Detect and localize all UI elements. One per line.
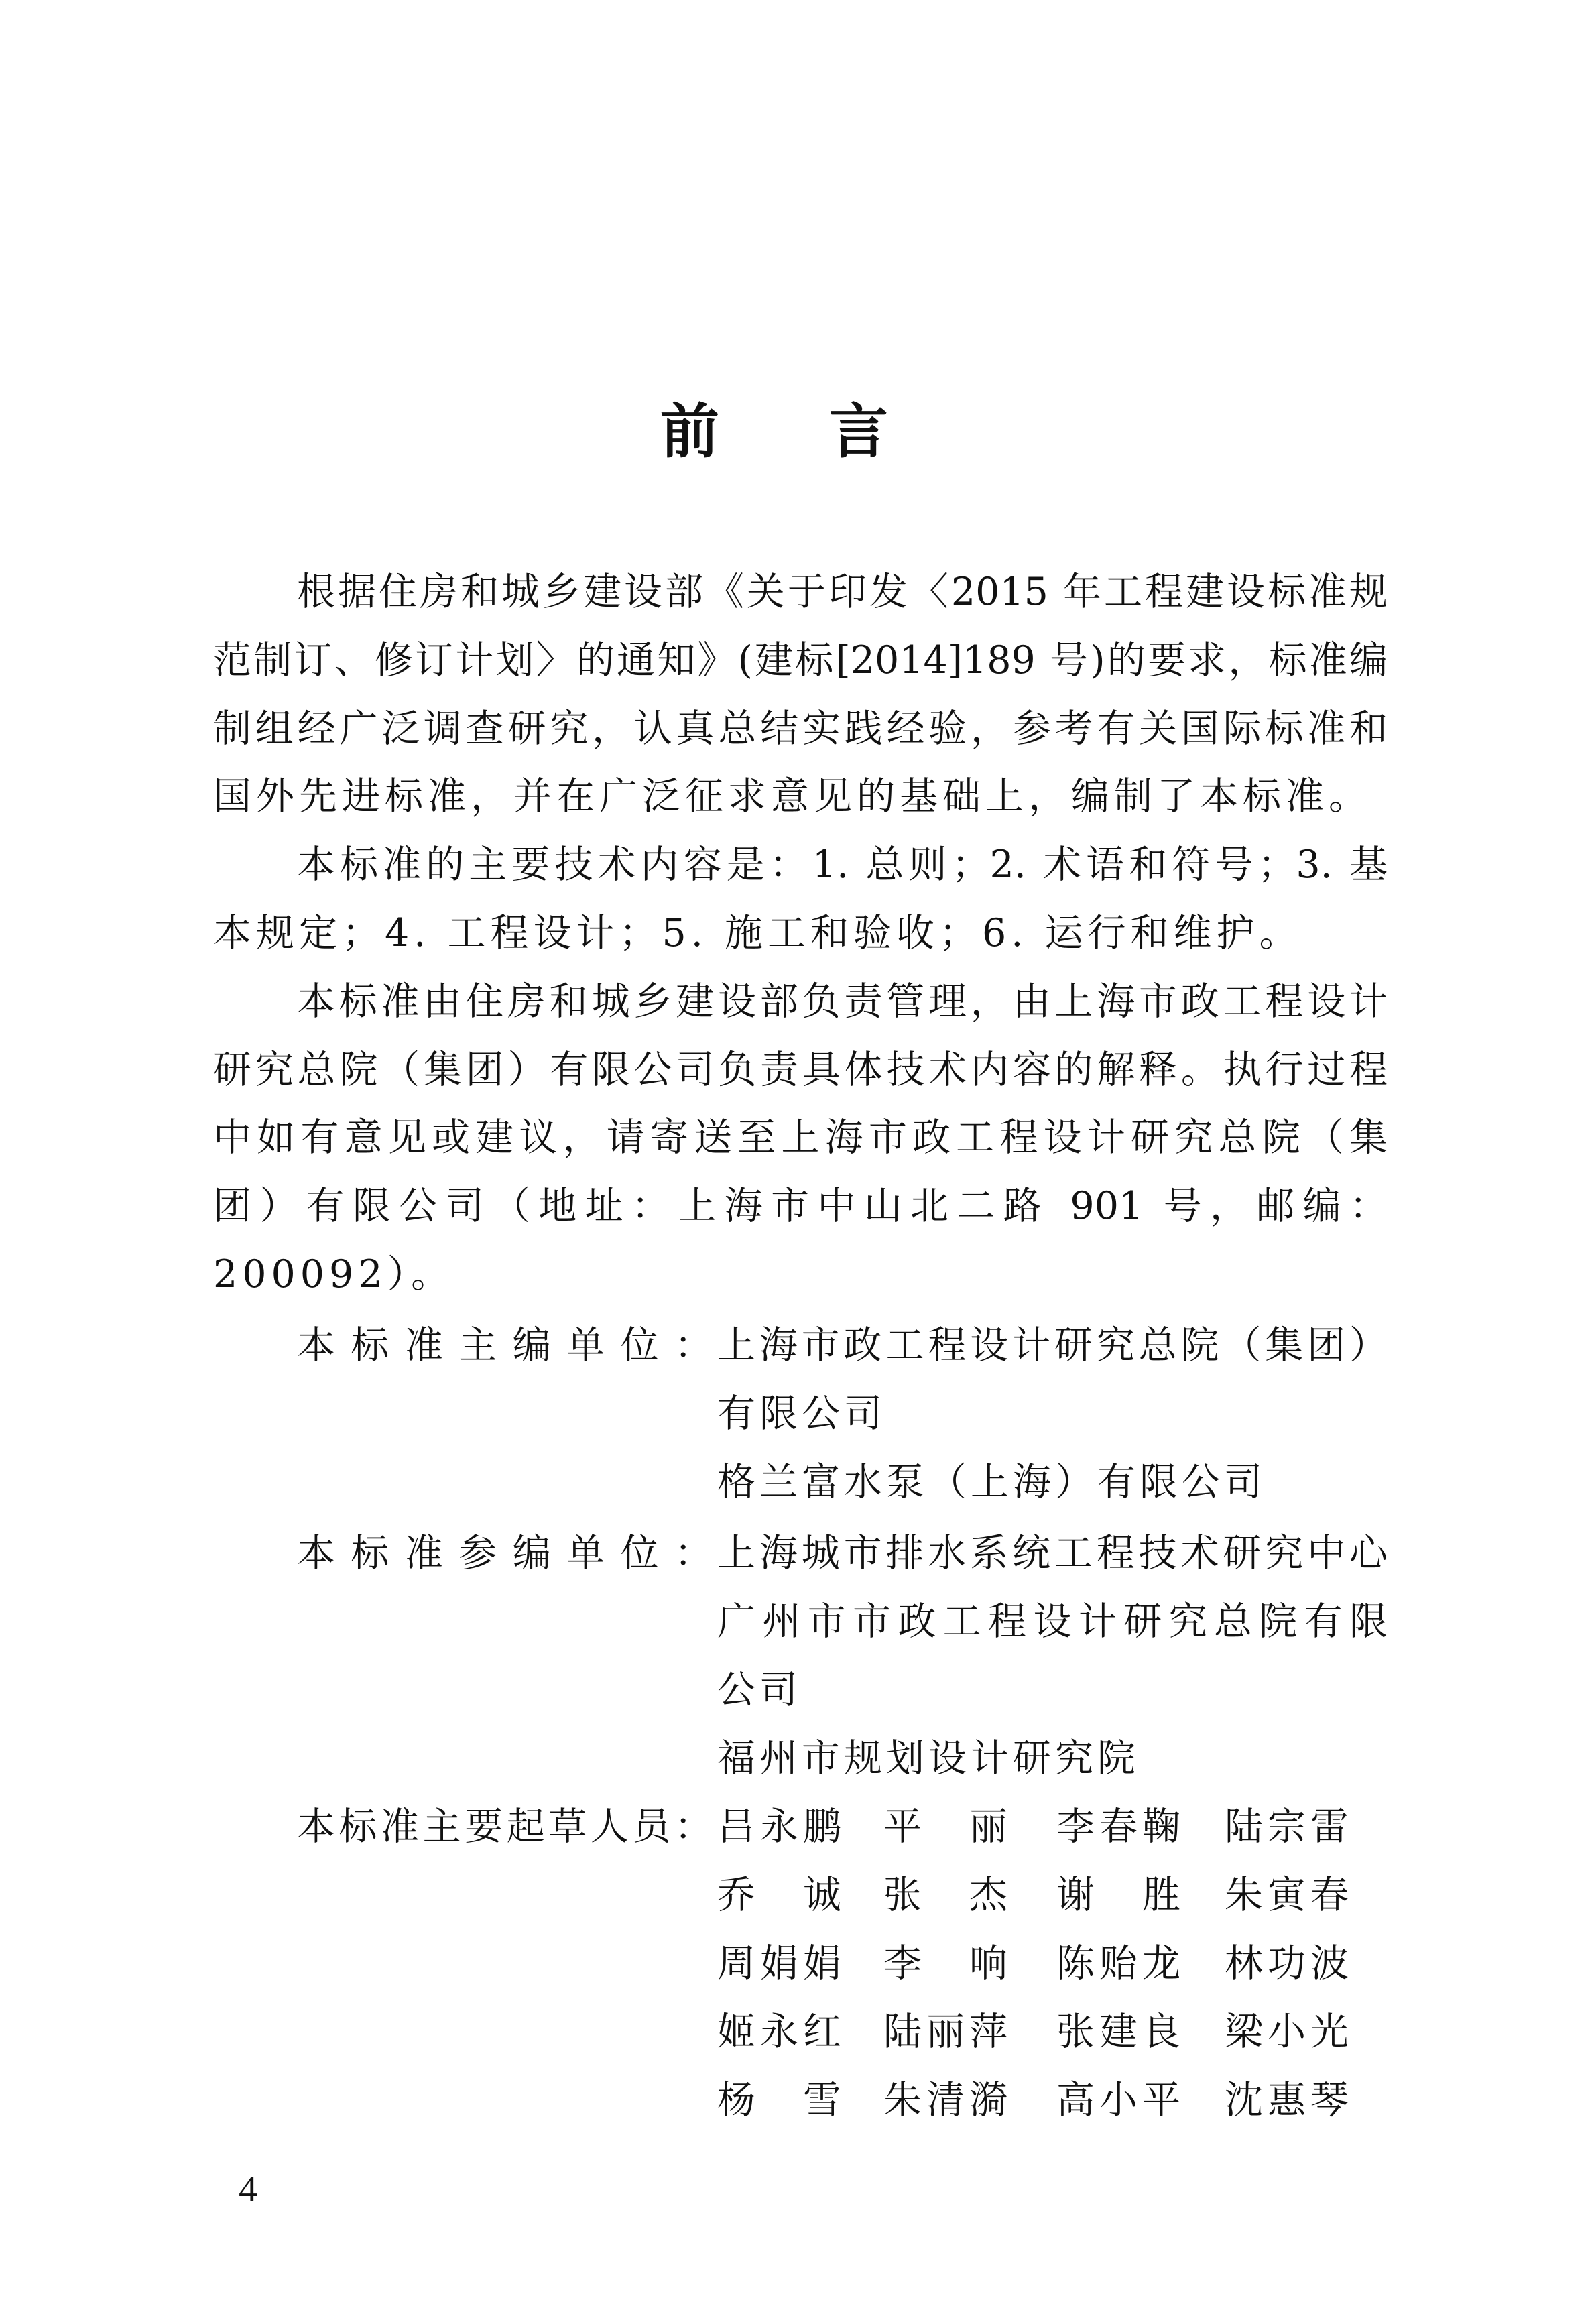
- title-char-2: 言: [829, 394, 888, 468]
- paragraph-3-line-3: 中如有意见或建议，请寄送至上海市政工程设计研究总院（集: [213, 1114, 1388, 1161]
- drafter-name: 吕永鹏: [717, 1803, 841, 1850]
- chief-editor-unit-2: 格兰富水泵（上海）有限公司: [717, 1459, 1266, 1506]
- drafter-name: 沈惠琴: [1225, 2077, 1349, 2124]
- drafter-name: 陈贻龙: [1056, 1940, 1180, 1987]
- drafter-name: 姬永红: [717, 2008, 841, 2055]
- participating-units-label: 本标准参编单位：: [297, 1530, 713, 1577]
- drafters-row-5: 杨 雪 朱清漪 高小平 沈惠琴: [717, 2077, 1388, 2124]
- paragraph-2-line-1: 本标准的主要技术内容是：1. 总则；2. 术语和符号；3. 基: [297, 841, 1388, 888]
- paragraph-3-line-1: 本标准由住房和城乡建设部负责管理，由上海市政工程设计: [297, 978, 1388, 1025]
- drafter-name: 梁小光: [1225, 2008, 1349, 2055]
- paragraph-1-line-4: 国外先进标准，并在广泛征求意见的基础上，编制了本标准。: [213, 773, 1371, 820]
- chief-editor-unit-1-line-1: 上海市政工程设计研究总院（集团）: [717, 1322, 1388, 1369]
- drafter-name: 张建良: [1056, 2008, 1180, 2055]
- paragraph-3-line-5: 200092）。: [213, 1251, 454, 1298]
- drafter-name: 林功波: [1225, 1940, 1349, 1987]
- paragraph-3-line-2: 研究总院（集团）有限公司负责具体技术内容的解释。执行过程: [213, 1046, 1388, 1093]
- drafter-name: 朱寅春: [1225, 1872, 1349, 1919]
- participating-unit-1: 上海城市排水系统工程技术研究中心: [717, 1530, 1388, 1577]
- drafter-name: 陆宗雷: [1225, 1803, 1349, 1850]
- drafter-name: 朱清漪: [883, 2077, 1007, 2124]
- drafter-name: 谢 胜: [1056, 1872, 1180, 1919]
- drafter-name: 杨 雪: [717, 2077, 841, 2124]
- paragraph-1-line-3: 制组经广泛调查研究，认真总结实践经验，参考有关国际标准和: [213, 705, 1388, 752]
- drafters-row-4: 姬永红 陆丽萍 张建良 梁小光: [717, 2008, 1388, 2055]
- drafters-row-3: 周娟娟 李 响 陈贻龙 林功波: [717, 1940, 1388, 1987]
- document-page: 前 言 根据住房和城乡建设部《关于印发〈2015 年工程建设标准规 范制订、修订…: [0, 0, 1596, 2310]
- page-number: 4: [239, 2169, 257, 2209]
- drafters-row-1: 吕永鹏 平 丽 李春鞠 陆宗雷: [717, 1803, 1388, 1850]
- paragraph-2-line-2: 本规定；4. 工程设计；5. 施工和验收；6. 运行和维护。: [213, 910, 1302, 957]
- participating-unit-3: 福州市规划设计研究院: [717, 1735, 1140, 1782]
- drafter-name: 张 杰: [883, 1872, 1007, 1919]
- chief-editor-units-label: 本标准主编单位：: [297, 1322, 713, 1369]
- page-title: 前 言: [660, 394, 888, 468]
- drafter-name: 平 丽: [883, 1803, 1007, 1850]
- participating-unit-2-line-2: 公司: [717, 1666, 802, 1713]
- drafters-label: 本标准主要起草人员：: [297, 1803, 713, 1850]
- drafter-name: 周娟娟: [717, 1940, 841, 1987]
- drafters-row-2: 乔 诚 张 杰 谢 胜 朱寅春: [717, 1872, 1388, 1919]
- paragraph-3-line-4: 团）有限公司（地址：上海市中山北二路 901 号，邮编：: [213, 1182, 1388, 1229]
- drafter-name: 陆丽萍: [883, 2008, 1007, 2055]
- participating-unit-2-line-1: 广州市市政工程设计研究总院有限: [717, 1598, 1388, 1645]
- chief-editor-unit-1-line-2: 有限公司: [717, 1390, 886, 1437]
- drafter-name: 乔 诚: [717, 1872, 841, 1919]
- paragraph-1-line-2: 范制订、修订计划〉的通知》(建标[2014]189 号)的要求，标准编: [213, 637, 1388, 684]
- drafter-name: 李 响: [883, 1940, 1007, 1987]
- drafter-name: 李春鞠: [1056, 1803, 1180, 1850]
- title-char-1: 前: [660, 394, 719, 468]
- paragraph-1-line-1: 根据住房和城乡建设部《关于印发〈2015 年工程建设标准规: [297, 568, 1388, 615]
- drafter-name: 高小平: [1056, 2077, 1180, 2124]
